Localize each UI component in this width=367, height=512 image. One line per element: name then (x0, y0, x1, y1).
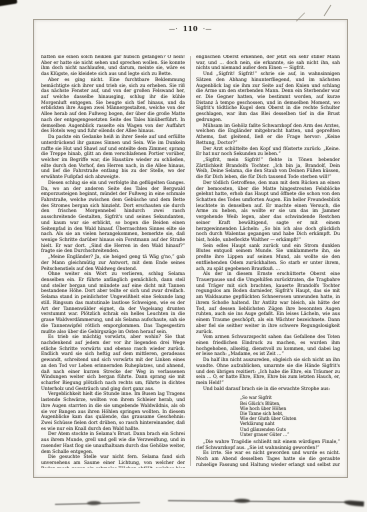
paragraph: „Die wahre Tragödie schließt mit einem w… (196, 440, 340, 451)
paragraph: Vom armen Schwarzspecht sahen das Gefall… (196, 335, 340, 358)
paragraph: Da half ihn nicht auszureden, obgleich s… (196, 358, 340, 387)
scan-smudge-top-left (0, 0, 17, 7)
scan-smudge-top-right (324, 5, 332, 17)
scan-edge-mark-left (55, 502, 140, 505)
paragraph: englischen Oberst erkennen, der jetzt ei… (196, 55, 340, 72)
paragraph: Ohne weiter ein Wort zu verlieren, schlu… (41, 272, 185, 335)
left-column: hatten sie einen solch heiklen gar hübsc… (41, 55, 185, 468)
verse-block: „So war SigfritBei Glück's Blüten,Wie ho… (240, 395, 340, 437)
paragraph: Und bald darauf brach sie in die erwacht… (196, 387, 340, 393)
paragraph: Diesen schlug sie ein und verfolgte ihn … (41, 181, 185, 255)
paragraph: Vergeblichkeit hielt die Stunde inne. Im… (41, 392, 185, 432)
paragraph: „Sigfrit, mein Sigfrit!“ flehte in Tönen… (196, 158, 340, 181)
header-ornament-right: ·— (198, 26, 217, 33)
paragraph: Es trieb sie mächtig vorwärts, aber wohi… (41, 335, 185, 392)
paragraph: Die gesuchte Stelle war nicht fern. Sela… (41, 455, 185, 468)
paragraph: „Meine Engländer? Ja, sie heiged geng tä… (41, 255, 185, 272)
paragraph: Und „Sigfrit! Sigfrit!“ schrie sie auf, … (196, 72, 340, 123)
column-divider-rule (190, 56, 191, 466)
verse-line: Unter grauer Güter …“ (240, 432, 340, 437)
paragraph: Der Arzt schüttelte den Kopf und flüster… (196, 147, 340, 158)
paragraph: Es irrte. Sie war es nicht geworden und … (196, 451, 340, 468)
page-header: —·110·— (34, 25, 347, 35)
scan-edge-wedge (344, 500, 364, 507)
right-column: englischen Oberst erkennen, der jetzt ei… (196, 55, 340, 468)
scan-edge-blob (87, 501, 101, 505)
paragraph: Sein edles Haupt sank zurück und ein Str… (196, 244, 340, 273)
header-ornament-left: —· (164, 26, 183, 33)
scan-edge-mark-right (168, 500, 362, 503)
page-number: 110 (183, 25, 198, 33)
paragraph: hatten sie einen solch heiklen gar hübsc… (41, 55, 185, 78)
text-columns: hatten sie einen solch heiklen gar hübsc… (34, 55, 347, 468)
paragraph: Der Atem stockte in Selama's Brust. Dann… (41, 432, 185, 455)
paragraph: Da packte ein Gedanke heiß in ihrer Seel… (41, 135, 185, 181)
scan-edge-blob (234, 499, 250, 503)
book-page-scan: —·110·— hatten sie einen solch heiklen g… (33, 19, 348, 478)
paragraph: Aber es ging nicht. Eine furchtbare Bekl… (41, 78, 185, 135)
paragraph: Mühsam im Gehölz faßte Schwarzkopf den A… (196, 124, 340, 147)
paragraph: Als der in diesem Ernste erschütterte Ob… (196, 272, 340, 335)
paragraph: Der tödlich Getroffene, den man mit dem … (196, 181, 340, 244)
